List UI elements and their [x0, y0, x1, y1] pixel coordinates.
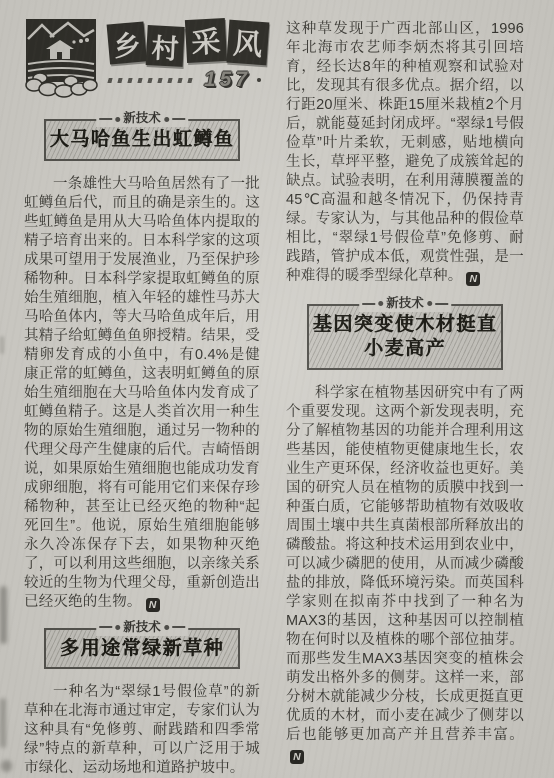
decorative-dot	[115, 117, 120, 122]
section-badge-label: 新技术	[123, 111, 161, 125]
decorative-dot	[427, 301, 432, 306]
masthead-footer: 157	[106, 68, 268, 92]
article-2-text: 这种草发现于广西北部山区，1996年北海市农艺师李炳杰将其引回培育，经长达8年的…	[286, 21, 524, 284]
decorative-dot	[164, 625, 169, 630]
decorative-line	[435, 303, 448, 305]
issue-number: 157	[204, 68, 251, 92]
decorative-line	[99, 626, 112, 628]
decorative-dot	[115, 625, 120, 630]
decorative-line	[172, 118, 185, 120]
decorative-line	[99, 118, 112, 120]
article-end-icon: N	[466, 272, 480, 286]
masthead-title: 乡 村 采 风	[108, 20, 268, 63]
article-2-headline: 多用途常绿新草种	[48, 637, 236, 661]
decorative-ticks	[107, 78, 197, 83]
section-badge: 新技术	[96, 110, 188, 127]
article-end-icon: N	[290, 750, 304, 764]
article-end-icon: N	[146, 598, 160, 612]
headline-frame: 基因突变使木材挺直 小麦高产	[307, 304, 503, 370]
title-tile: 村	[146, 25, 185, 67]
scan-artifact	[0, 586, 7, 644]
article-1-text: 一条雄性大马哈鱼居然有了一批虹鳟鱼后代，而且的确是亲生的。这些虹鳟鱼是用从大马哈…	[24, 176, 260, 610]
decorative-dot	[378, 301, 383, 306]
section-badge-label: 新技术	[386, 296, 424, 310]
article-2-header: 多用途常绿新草种 新技术	[44, 628, 240, 669]
scan-artifact	[0, 336, 4, 354]
scan-artifact	[1, 760, 12, 772]
article-3-headline-line1: 基因突变使木材挺直	[311, 313, 499, 337]
section-badge-label: 新技术	[123, 620, 161, 634]
article-1-body: 一条雄性大马哈鱼居然有了一批虹鳟鱼后代，而且的确是亲生的。这些虹鳟鱼是用从大马哈…	[24, 175, 260, 612]
title-tile: 乡	[107, 21, 147, 64]
left-column: 乡 村 采 风 157 大马哈鱼生出虹鳟鱼 新技术 一条雄性大马哈鱼居然有了一批…	[24, 12, 260, 778]
title-tile: 风	[226, 20, 269, 66]
article-3-body: 科学家在植物基因研究中有了两个重要发现。这两个新发现表明，充分了解植物基因的功能…	[286, 384, 524, 764]
article-3-header: 基因突变使木材挺直 小麦高产 新技术	[307, 304, 503, 370]
article-1-header: 大马哈鱼生出虹鳟鱼 新技术	[44, 119, 240, 160]
magazine-page: 乡 村 采 风 157 大马哈鱼生出虹鳟鱼 新技术 一条雄性大马哈鱼居然有了一批…	[0, 0, 554, 778]
masthead-title-block: 乡 村 采 风 157	[106, 12, 268, 105]
scan-artifact	[0, 698, 6, 748]
section-badge: 新技术	[96, 619, 188, 636]
right-column: 这种草发现于广西北部山区，1996年北海市农艺师李炳杰将其引回培育，经长达8年的…	[286, 12, 524, 778]
village-woodcut-icon	[24, 14, 100, 105]
section-badge: 新技术	[359, 295, 451, 312]
article-3-text: 科学家在植物基因研究中有了两个重要发现。这两个新发现表明，充分了解植物基因的功能…	[286, 385, 524, 743]
decorative-dot	[164, 117, 169, 122]
decorative-line	[362, 303, 375, 305]
masthead: 乡 村 采 风 157	[24, 12, 260, 105]
article-2-body-part2: 这种草发现于广西北部山区，1996年北海市农艺师李炳杰将其引回培育，经长达8年的…	[286, 20, 524, 286]
decorative-line	[172, 626, 185, 628]
article-1-headline: 大马哈鱼生出虹鳟鱼	[48, 128, 236, 152]
title-tile: 采	[185, 18, 227, 63]
decorative-dot	[257, 78, 261, 82]
article-3-headline-line2: 小麦高产	[311, 337, 499, 361]
article-2-body-part1: 一种名为“翠绿1号假俭草”的新草种在北海市通过审定，专家们认为这种具有“免修剪、…	[24, 683, 260, 778]
